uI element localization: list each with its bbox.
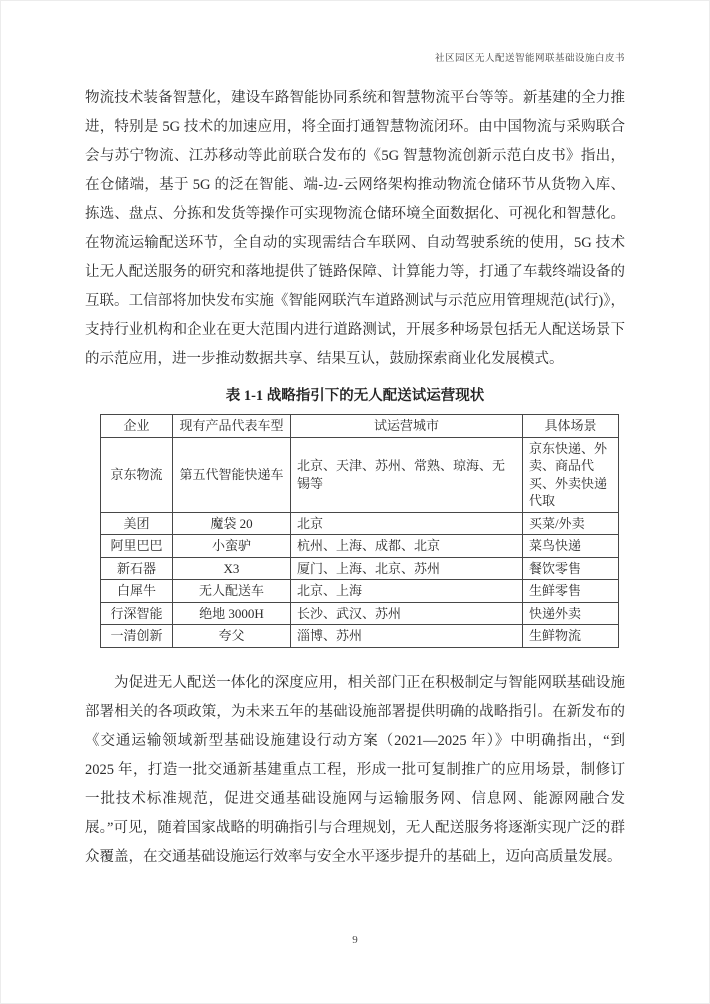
table-cell: 行深智能 xyxy=(101,602,173,625)
running-header: 社区园区无人配送智能网联基础设施白皮书 xyxy=(435,50,625,64)
table-row: 京东物流第五代智能快递车北京、天津、苏州、常熟、琼海、无锡等京东快递、外卖、商品… xyxy=(101,437,619,512)
table-cell: 长沙、武汉、苏州 xyxy=(291,602,523,625)
table-row: 行深智能绝地 3000H长沙、武汉、苏州快递外卖 xyxy=(101,602,619,625)
table-header-cell: 具体场景 xyxy=(523,415,619,438)
table-cell: 京东物流 xyxy=(101,437,173,512)
table-cell: 生鲜零售 xyxy=(523,580,619,603)
table-cell: 生鲜物流 xyxy=(523,625,619,648)
table-cell: 买菜/外卖 xyxy=(523,512,619,535)
table-row: 白犀牛无人配送车北京、上海生鲜零售 xyxy=(101,580,619,603)
table-cell: 杭州、上海、成都、北京 xyxy=(291,535,523,558)
table-cell: 无人配送车 xyxy=(173,580,291,603)
strategy-table: 企业现有产品代表车型试运营城市具体场景 京东物流第五代智能快递车北京、天津、苏州… xyxy=(100,414,619,648)
table-cell: 一清创新 xyxy=(101,625,173,648)
page-content: 物流技术装备智慧化，建设车路智能协同系统和智慧物流平台等等。新基建的全力推进，特… xyxy=(85,84,625,872)
page-number: 9 xyxy=(0,934,710,946)
table-row: 一清创新夸父淄博、苏州生鲜物流 xyxy=(101,625,619,648)
table-cell: 小蛮驴 xyxy=(173,535,291,558)
table-cell: 绝地 3000H xyxy=(173,602,291,625)
table-cell: 京东快递、外卖、商品代买、外卖快递代取 xyxy=(523,437,619,512)
table-cell: 北京、上海 xyxy=(291,580,523,603)
table-header-cell: 现有产品代表车型 xyxy=(173,415,291,438)
table-cell: 白犀牛 xyxy=(101,580,173,603)
table-cell: 魔袋 20 xyxy=(173,512,291,535)
table-cell: 北京、天津、苏州、常熟、琼海、无锡等 xyxy=(291,437,523,512)
paragraph-policy-guidance: 为促进无人配送一体化的深度应用，相关部门正在积极制定与智能网联基础设施部署相关的… xyxy=(85,669,625,872)
table-cell: 美团 xyxy=(101,512,173,535)
table-cell: 淄博、苏州 xyxy=(291,625,523,648)
table-cell: 菜鸟快递 xyxy=(523,535,619,558)
table-header-cell: 企业 xyxy=(101,415,173,438)
table-cell: 北京 xyxy=(291,512,523,535)
table-row: 阿里巴巴小蛮驴杭州、上海、成都、北京菜鸟快递 xyxy=(101,535,619,558)
table-cell: 新石器 xyxy=(101,557,173,580)
paragraph-logistics-5g: 物流技术装备智慧化，建设车路智能协同系统和智慧物流平台等等。新基建的全力推进，特… xyxy=(85,84,625,374)
table-cell: 厦门、上海、北京、苏州 xyxy=(291,557,523,580)
table-header-cell: 试运营城市 xyxy=(291,415,523,438)
table-header-row: 企业现有产品代表车型试运营城市具体场景 xyxy=(101,415,619,438)
table-cell: 第五代智能快递车 xyxy=(173,437,291,512)
table-row: 美团魔袋 20北京买菜/外卖 xyxy=(101,512,619,535)
table-caption: 表 1-1 战略指引下的无人配送试运营现状 xyxy=(85,384,625,405)
table-cell: X3 xyxy=(173,557,291,580)
strategy-table-body: 京东物流第五代智能快递车北京、天津、苏州、常熟、琼海、无锡等京东快递、外卖、商品… xyxy=(101,437,619,647)
table-cell: 餐饮零售 xyxy=(523,557,619,580)
document-page: 社区园区无人配送智能网联基础设施白皮书 物流技术装备智慧化，建设车路智能协同系统… xyxy=(0,0,710,1004)
table-cell: 夸父 xyxy=(173,625,291,648)
table-cell: 阿里巴巴 xyxy=(101,535,173,558)
table-row: 新石器X3厦门、上海、北京、苏州餐饮零售 xyxy=(101,557,619,580)
table-cell: 快递外卖 xyxy=(523,602,619,625)
